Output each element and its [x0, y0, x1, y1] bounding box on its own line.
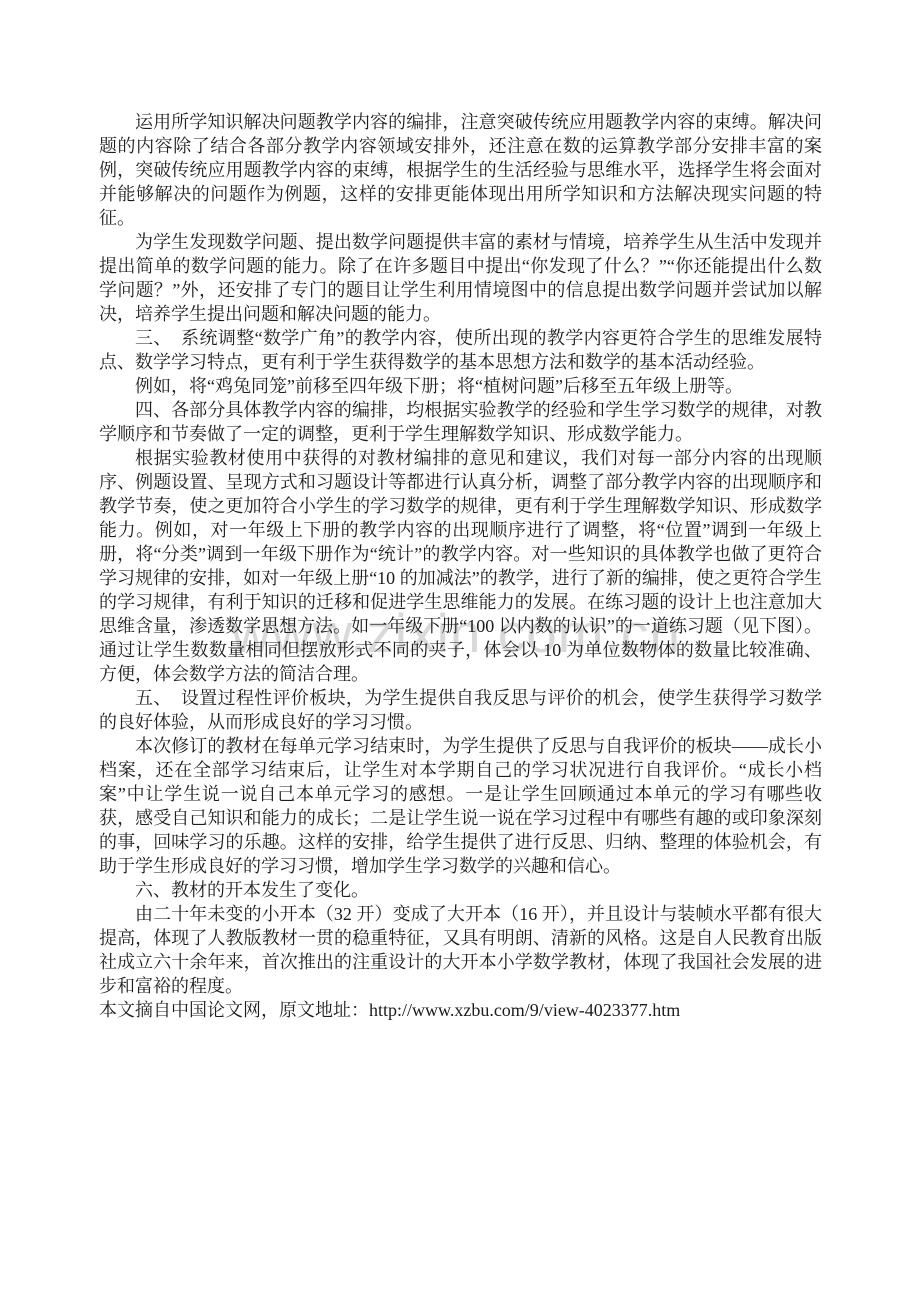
paragraph: 四、各部分具体教学内容的编排，均根据实验教学的经验和学生学习数学的规律，对教学顺… — [99, 398, 822, 446]
article-body: 运用所学知识解决问题教学内容的编排，注意突破传统应用题教学内容的束缚。解决问题的… — [99, 110, 822, 1022]
paragraph: 五、 设置过程性评价板块，为学生提供自我反思与评价的机会，使学生获得学习数学的良… — [99, 686, 822, 734]
paragraph: 由二十年未变的小开本（32 开）变成了大开本（16 开），并且设计与装帧水平都有… — [99, 902, 822, 998]
paragraph: 本文摘自中国论文网，原文地址：http://www.xzbu.com/9/vie… — [99, 998, 822, 1022]
paragraph: 例如，将“鸡兔同笼”前移至四年级下册；将“植树问题”后移至五年级上册等。 — [99, 374, 822, 398]
paragraph: 运用所学知识解决问题教学内容的编排，注意突破传统应用题教学内容的束缚。解决问题的… — [99, 110, 822, 230]
paragraph: 本次修订的教材在每单元学习结束时，为学生提供了反思与自我评价的板块——成长小档案… — [99, 734, 822, 878]
paragraph: 为学生发现数学问题、提出数学问题提供丰富的素材与情境，培养学生从生活中发现并提出… — [99, 230, 822, 326]
paragraph: 六、教材的开本发生了变化。 — [99, 878, 822, 902]
document-page: www.zixin.com.cn 运用所学知识解决问题教学内容的编排，注意突破传… — [0, 0, 920, 1302]
paragraph: 根据实验教材使用中获得的对教材编排的意见和建议，我们对每一部分内容的出现顺序、例… — [99, 446, 822, 686]
paragraph: 三、 系统调整“数学广角”的教学内容，使所出现的教学内容更符合学生的思维发展特点… — [99, 326, 822, 374]
